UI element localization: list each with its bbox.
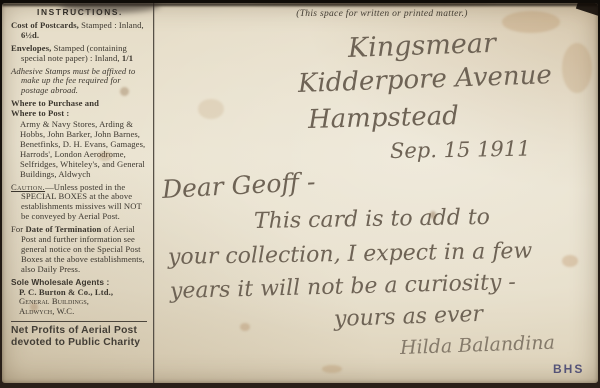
message-line-2: your collection, I expect in a few — [168, 239, 533, 270]
divider-rule — [11, 321, 147, 322]
envelopes-lead: Envelopes, — [11, 43, 51, 53]
postcard-back: INSTRUCTIONS. Cost of Postcards, Stamped… — [2, 3, 598, 383]
stain — [562, 255, 578, 267]
address-line-3: Hampstead — [308, 101, 460, 135]
stain — [562, 43, 592, 93]
caution-lead: Caution. — [11, 182, 45, 192]
signature-line: Hilda Balandina — [400, 332, 556, 359]
where-heading-line2: Where to Post : — [11, 108, 69, 118]
postcard-scan: INSTRUCTIONS. Cost of Postcards, Stamped… — [0, 0, 600, 388]
agents-paragraph: Sole Wholesale Agents : P. C. Burton & C… — [11, 278, 149, 318]
cost-body: Stamped : Inland, — [79, 20, 144, 30]
message-line-3: years it will not be a curiosity - — [170, 270, 516, 304]
address-line-2: Kidderpore Avenue — [297, 60, 552, 99]
agents-address-line2: Aldwych, W.C. — [11, 307, 149, 317]
store-list: Army & Navy Stores, Arding & Hobbs, John… — [11, 120, 149, 179]
cost-paragraph: Cost of Postcards, Stamped : Inland, 6½d… — [11, 21, 149, 41]
bhs-stamp: BHS — [553, 362, 584, 376]
adhesive-note: Adhesive Stamps must be affixed to make … — [11, 67, 149, 97]
address-line-1: Kingsmear — [347, 28, 496, 64]
stain — [198, 99, 224, 119]
salutation-line: Dear Geoff - — [161, 167, 316, 204]
instructions-panel: INSTRUCTIONS. Cost of Postcards, Stamped… — [11, 6, 149, 348]
net-profits-footer: Net Profits of Aerial Postdevoted to Pub… — [11, 325, 149, 348]
scan-corner-mark — [576, 3, 598, 17]
termination-pre: For — [11, 224, 26, 234]
stain — [322, 365, 342, 373]
written-matter-note: (This space for written or printed matte… — [232, 9, 532, 19]
date-line: Sep. 15 1911 — [390, 137, 531, 163]
net-profits-line2: devoted to Public Charity — [11, 337, 140, 348]
column-divider — [153, 3, 154, 383]
cost-price: 6½d. — [21, 30, 39, 40]
cost-lead: Cost of Postcards, — [11, 20, 79, 30]
caution-paragraph: Caution.—Unless posted in the SPECIAL BO… — [11, 183, 149, 223]
termination-paragraph: For Date of Termination of Aerial Post a… — [11, 225, 149, 275]
closing-line: yours as ever — [334, 302, 484, 332]
where-heading: Where to Purchase andWhere to Post : — [11, 99, 149, 119]
message-line-1: This card is to add to — [254, 205, 490, 234]
instructions-title: INSTRUCTIONS. — [11, 8, 149, 18]
scan-edge-top — [2, 3, 598, 6]
envelopes-price: 1/1 — [122, 53, 133, 63]
envelopes-paragraph: Envelopes, Stamped (containing special n… — [11, 44, 149, 64]
net-profits-line1: Net Profits of Aerial Post — [11, 325, 137, 336]
termination-bold: Date of Termination — [26, 224, 102, 234]
where-heading-line1: Where to Purchase and — [11, 98, 99, 108]
stain — [240, 323, 250, 331]
